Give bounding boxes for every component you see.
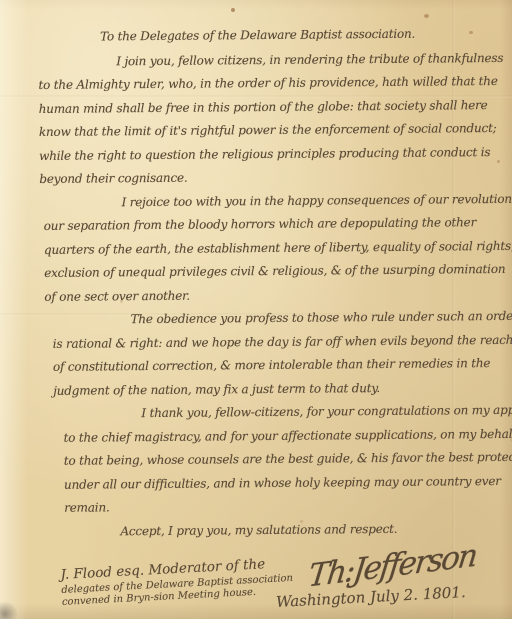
manuscript-line: The obedience you profess to those who r… [52, 305, 508, 332]
manuscript-line: to that being, whose counsels are the be… [64, 446, 510, 473]
letter-heading: To the Delegates of the Delaware Baptist… [100, 22, 506, 49]
stain-speck [231, 8, 235, 12]
manuscript-line: while the right to question the religiou… [39, 140, 507, 168]
place-date-line: Washington July 2. 1801. [276, 583, 466, 611]
address-block: J. Flood esq. Moderator of the delegates… [60, 553, 294, 609]
manuscript-line: of constitutional correction, & more int… [53, 352, 509, 379]
paragraph: I join you, fellow citizens, in renderin… [38, 46, 507, 191]
paragraph: The obedience you profess to those who r… [52, 305, 509, 403]
corner-shadow [0, 601, 18, 619]
paragraph: I thank you, fellow-citizens, for your c… [63, 399, 510, 520]
manuscript-line: under all our difficulties, and in whose… [64, 469, 510, 496]
letter-body: To the Delegates of the Delaware Baptist… [36, 22, 511, 544]
letter-page: To the Delegates of the Delaware Baptist… [0, 0, 512, 619]
manuscript-line: I thank you, fellow-citizens, for your c… [63, 399, 509, 426]
manuscript-line: our separation from the bloody horrors w… [44, 211, 508, 239]
manuscript-line: know that the limit of it's rightful pow… [39, 117, 507, 145]
stain-speck [424, 14, 429, 18]
manuscript-line: to the Almighty ruler, who, in the order… [38, 70, 506, 98]
paragraph: I rejoice too with you in the happy cons… [43, 187, 508, 309]
closing-line: Accept, I pray you, my salutations and r… [120, 516, 510, 543]
manuscript-line: exclusion of unequal privileges civil & … [44, 258, 508, 286]
